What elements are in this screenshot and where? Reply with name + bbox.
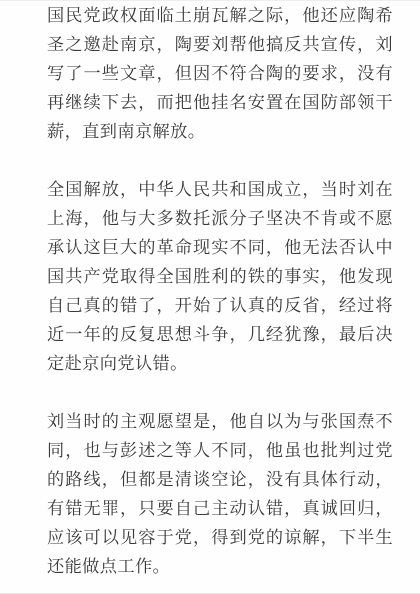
paragraph-1: 国民党政权面临土崩瓦解之际，他还应陶希圣之邀赴南京，陶要刘帮他搞反共宣传，刘写了… xyxy=(47,2,393,147)
article-body: 国民党政权面临土崩瓦解之际，他还应陶希圣之邀赴南京，陶要刘帮他搞反共宣传，刘写了… xyxy=(47,2,393,582)
paragraph-3: 刘当时的主观愿望是，他自以为与张国焘不同，也与彭述之等人不同，他虽也批判过党的路… xyxy=(47,408,393,582)
document-page: 国民党政权面临土崩瓦解之际，他还应陶希圣之邀赴南京，陶要刘帮他搞反共宣传，刘写了… xyxy=(0,0,420,594)
paragraph-2: 全国解放，中华人民共和国成立，当时刘在上海，他与大多数托派分子坚决不肯或不愿承认… xyxy=(47,176,393,379)
